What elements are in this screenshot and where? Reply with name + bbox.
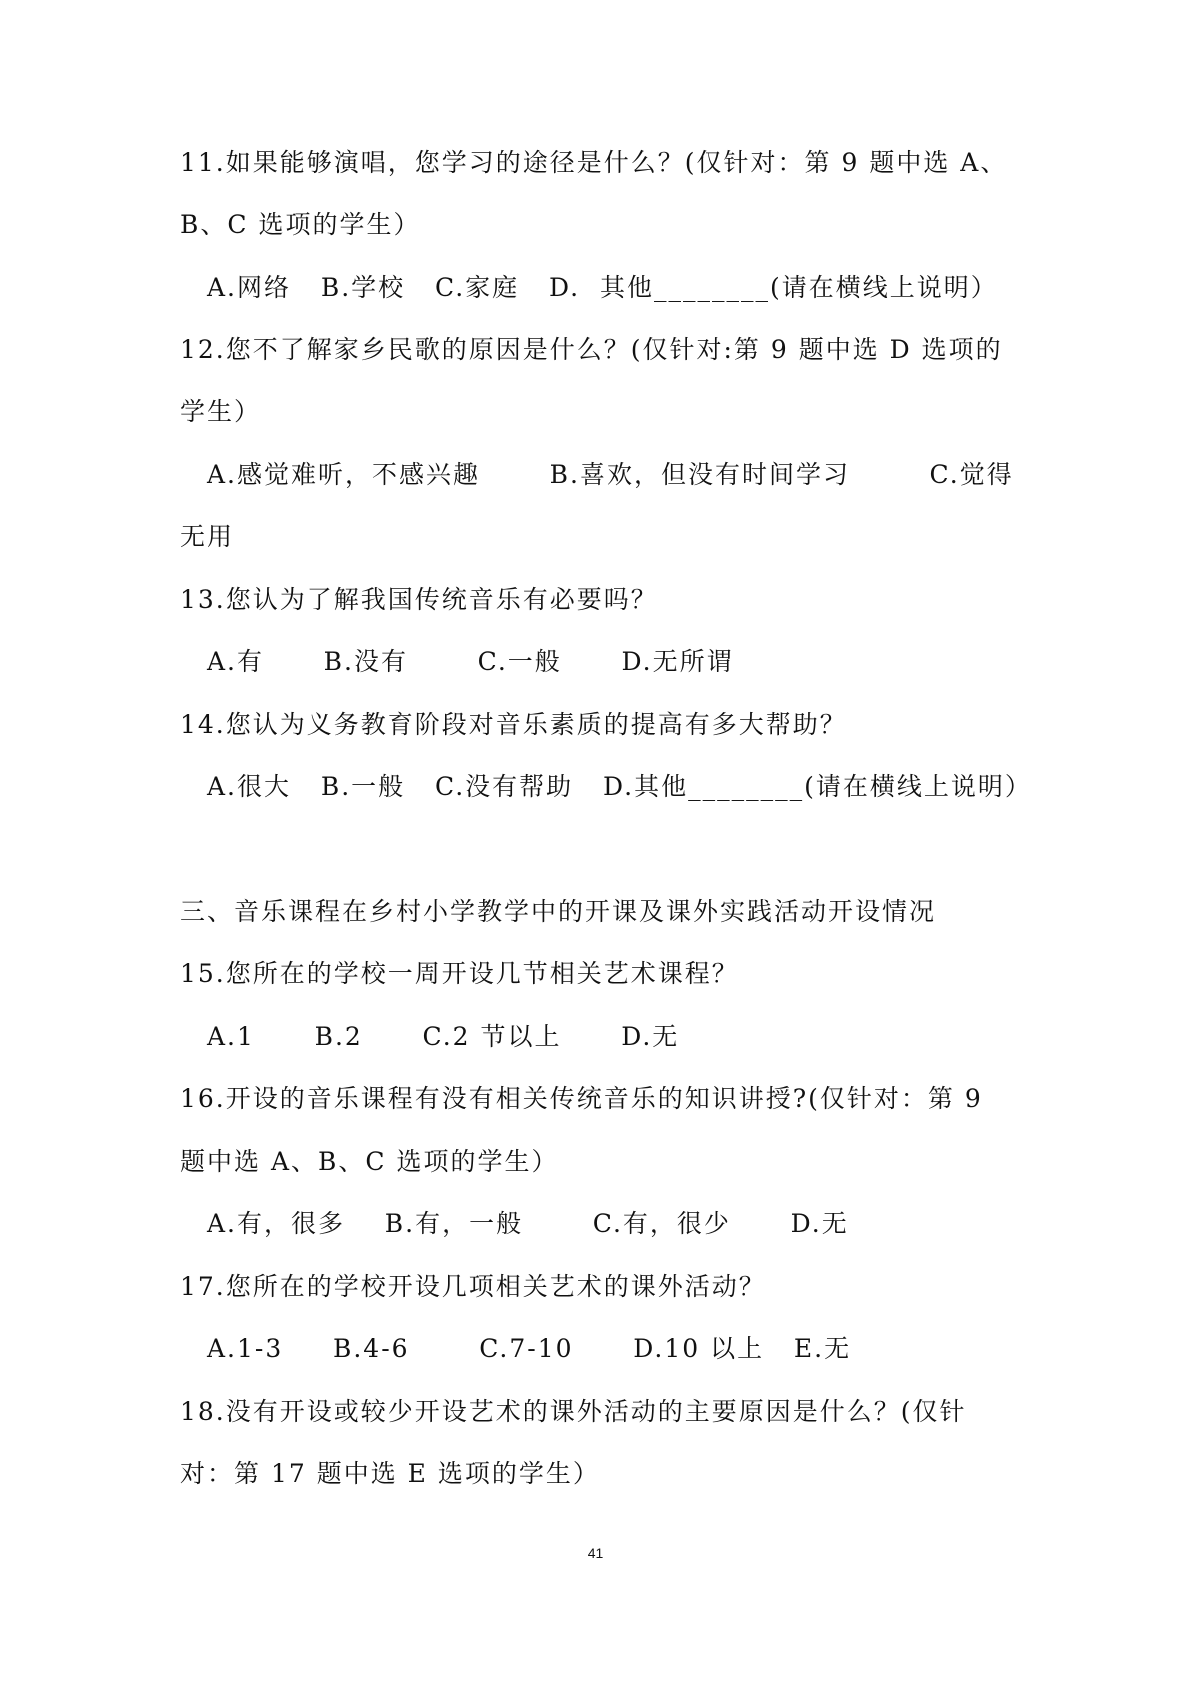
question-text: 学生） bbox=[180, 396, 261, 428]
question-text: B、C 选项的学生） bbox=[180, 209, 420, 241]
answer-options: A.感觉难听，不感兴趣 B.喜欢，但没有时间学习 C.觉得 bbox=[207, 459, 1014, 491]
question-text: 无用 bbox=[180, 521, 234, 553]
question-text: 17.您所在的学校开设几项相关艺术的课外活动？ bbox=[180, 1271, 766, 1303]
question-text: 18.没有开设或较少开设艺术的课外活动的主要原因是什么？(仅针 bbox=[180, 1396, 967, 1428]
question-text: 16.开设的音乐课程有没有相关传统音乐的知识讲授?(仅针对：第 9 bbox=[180, 1083, 983, 1115]
question-text: 15.您所在的学校一周开设几节相关艺术课程？ bbox=[180, 958, 739, 990]
question-text: 题中选 A、B、C 选项的学生） bbox=[180, 1146, 558, 1178]
answer-options: A.有，很多 B.有，一般 C.有，很少 D.无 bbox=[207, 1208, 849, 1240]
page-number: 41 bbox=[0, 1545, 1191, 1561]
answer-options: A.1 B.2 C.2 节以上 D.无 bbox=[207, 1021, 679, 1053]
question-text: 13.您认为了解我国传统音乐有必要吗？ bbox=[180, 584, 658, 616]
answer-options: A.网络 B.学校 C.家庭 D. 其他________(请在横线上说明） bbox=[207, 272, 998, 304]
question-text: 12.您不了解家乡民歌的原因是什么？(仅针对:第 9 题中选 D 选项的 bbox=[180, 334, 1003, 366]
answer-options: A.有 B.没有 C.一般 D.无所谓 bbox=[207, 646, 734, 678]
answer-options: A.1-3 B.4-6 C.7-10 D.10 以上 E.无 bbox=[207, 1333, 851, 1365]
question-text: 对：第 17 题中选 E 选项的学生） bbox=[180, 1458, 600, 1490]
question-text: 14.您认为义务教育阶段对音乐素质的提高有多大帮助？ bbox=[180, 709, 847, 741]
question-text: 三、音乐课程在乡村小学教学中的开课及课外实践活动开设情况 bbox=[180, 896, 936, 928]
answer-options: A.很大 B.一般 C.没有帮助 D.其他________(请在横线上说明） bbox=[207, 771, 1032, 803]
question-text: 11.如果能够演唱，您学习的途径是什么？(仅针对：第 9 题中选 A、 bbox=[180, 147, 1007, 179]
